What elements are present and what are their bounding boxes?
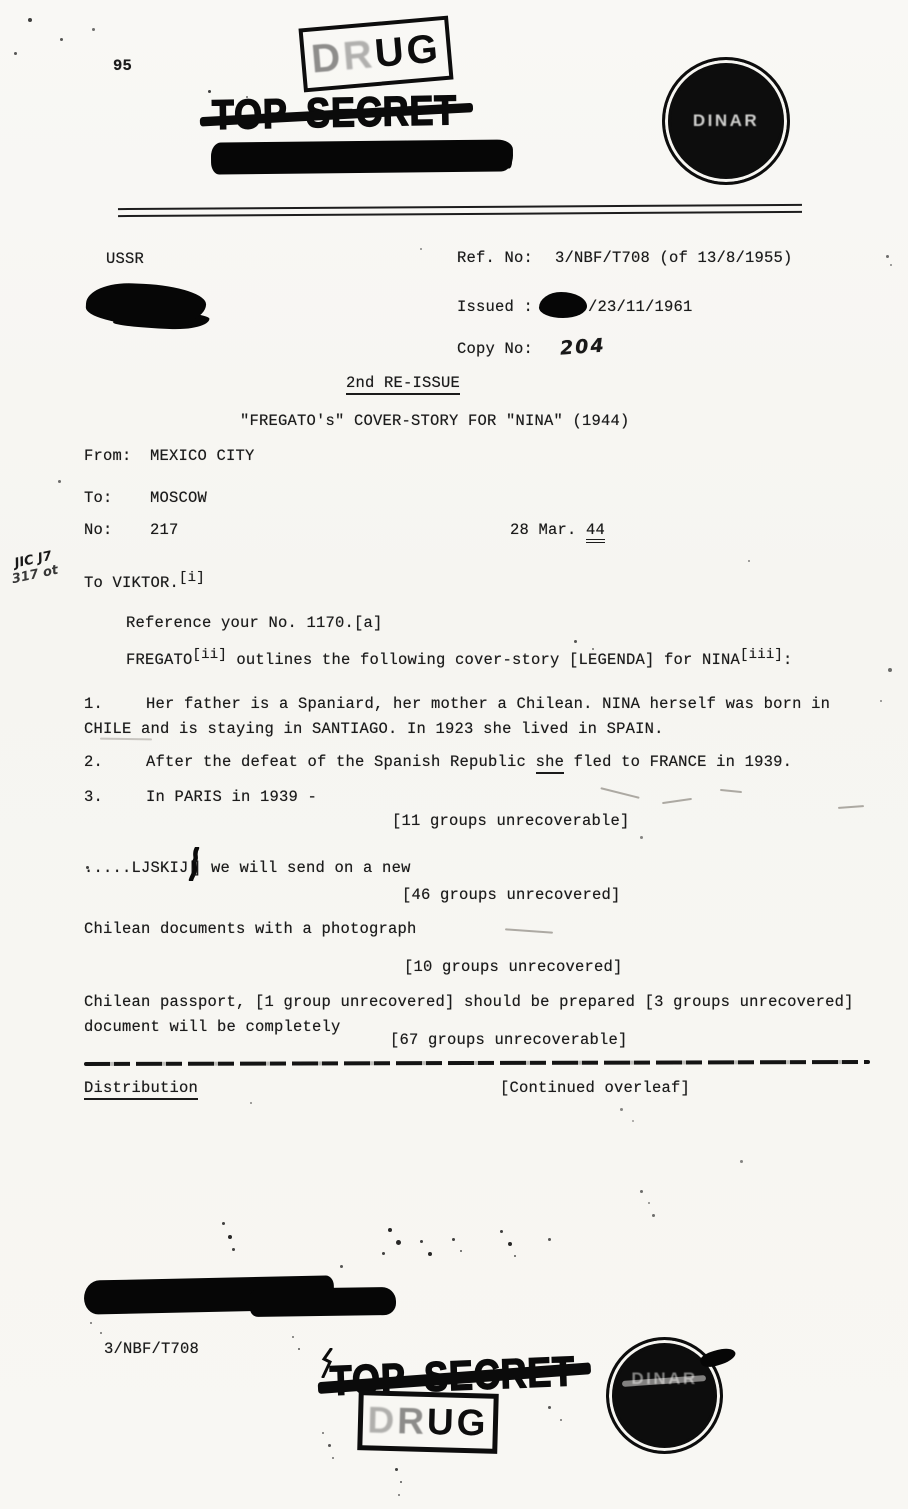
para1-text: Her father is a Spaniard, her mother a C… [84, 695, 830, 738]
paragraph-2: 2.After the defeat of the Spanish Republ… [84, 753, 792, 771]
ref-number-row: Ref. No:3/NBF/T708 (of 13/8/1955) [457, 249, 793, 267]
ink-speck [322, 1432, 324, 1434]
ink-speck [388, 1228, 392, 1232]
drug-letter-r: R [341, 32, 377, 80]
no-value: 217 [150, 521, 179, 539]
ref-label: Ref. No: [457, 249, 555, 267]
intro-line: FREGATO[ii] outlines the following cover… [126, 651, 793, 669]
ink-speck [508, 1242, 512, 1246]
ink-speck [880, 700, 882, 702]
chilean-documents-line: Chilean documents with a photograph [84, 920, 417, 938]
ink-speck [460, 1250, 462, 1252]
from-row: From:MEXICO CITY [84, 447, 255, 465]
header-country: USSR [106, 250, 144, 268]
ink-speck [748, 560, 750, 562]
ink-speck [340, 1265, 343, 1268]
unrecovered-line-3: [10 groups unrecovered] [404, 958, 623, 976]
page-number: 95 [113, 57, 132, 75]
ink-speck [652, 1214, 655, 1217]
garbled-line: .....LJSKIJ[ ] we will send on a new [84, 847, 411, 881]
no-label: No: [84, 521, 150, 539]
copy-label: Copy No: [457, 340, 560, 358]
ink-speck [328, 1444, 331, 1447]
reissue-heading: 2nd RE-ISSUE [346, 374, 460, 392]
reissue-text: 2nd RE-ISSUE [346, 374, 460, 395]
ink-speck [292, 1336, 294, 1338]
footer-ref-number: 3/NBF/T708 [104, 1340, 199, 1358]
intro-footnote-ref1: [ii] [193, 647, 227, 663]
garbled-post: ] we will send on a new [192, 859, 411, 877]
para2-number: 2. [84, 753, 146, 771]
ink-speck [395, 1468, 398, 1471]
drug-letter-d: D [367, 1399, 398, 1442]
dashed-separator [84, 1060, 870, 1066]
double-rule [118, 204, 802, 217]
redaction-bar-top [211, 139, 513, 174]
dinar-text: DINAR [693, 111, 759, 131]
dinar-text: DINAR [631, 1369, 697, 1389]
drug-letters-ug: UG [426, 1401, 489, 1445]
ink-smudge [699, 1345, 738, 1370]
salutation-footnote-ref: [i] [179, 570, 205, 586]
pencil-scribble [720, 789, 742, 793]
ink-speck [382, 1252, 385, 1255]
dinar-stamp-top: DINAR [662, 57, 790, 185]
copy-value-handwritten: 204 [559, 334, 606, 359]
issued-row: Issued :/23/11/1961 [457, 292, 693, 318]
ink-speck [28, 18, 32, 22]
ink-speck [886, 255, 889, 258]
from-value: MEXICO CITY [150, 447, 255, 465]
drug-letters-ug: UG [373, 26, 443, 77]
scanned-document-page: 95 DRUG TOP SECRET DINAR USSR Ref. No:3/… [0, 0, 908, 1509]
ink-speck [632, 1120, 634, 1122]
ink-speck [560, 1419, 562, 1421]
intro-footnote-ref2: [iii] [740, 647, 783, 663]
pencil-scribble [600, 787, 639, 799]
ink-speck [420, 1240, 423, 1243]
ink-speck [400, 1481, 402, 1483]
pencil-scribble [662, 798, 692, 804]
ink-speck [14, 52, 17, 55]
issued-label: Issued : [457, 298, 533, 316]
ink-speck [250, 1102, 252, 1104]
ink-speck [90, 1322, 92, 1324]
ref-value: 3/NBF/T708 (of 13/8/1955) [555, 249, 793, 267]
garbled-pre: .....LJSKIJ[ [84, 859, 198, 877]
ink-speck [548, 1406, 551, 1409]
margin-note-handwritten: JIC J7 317 ot [13, 548, 59, 586]
top-secret-stamp-top: TOP SECRET [212, 87, 458, 139]
date-row: 28 Mar. 44 [510, 521, 605, 539]
ink-speck [890, 264, 892, 266]
unrecoverable-line-4: [67 groups unrecoverable] [390, 1031, 628, 1049]
distribution-heading: Distribution [84, 1079, 198, 1097]
ink-speck [228, 1235, 232, 1239]
paragraph-1: 1.Her father is a Spaniard, her mother a… [84, 692, 884, 742]
continued-overleaf: [Continued overleaf] [500, 1079, 690, 1097]
ink-speck [58, 480, 61, 483]
ink-speck [246, 96, 248, 98]
para1-number: 1. [84, 692, 146, 717]
para2-post: fled to FRANCE in 1939. [564, 753, 792, 771]
ink-speck [548, 1238, 551, 1241]
issued-value: /23/11/1961 [588, 298, 693, 316]
intro-colon: : [783, 651, 793, 669]
redaction-blob-left [85, 281, 207, 328]
intro-name: FREGATO [126, 651, 193, 669]
to-label: To: [84, 489, 150, 507]
date-main: 28 Mar. [510, 521, 586, 539]
ink-speck [640, 1190, 643, 1193]
ink-speck [620, 1108, 623, 1111]
ink-speck [452, 1238, 455, 1241]
ink-speck [92, 28, 95, 31]
drug-letter-r: R [397, 1400, 428, 1443]
drug-letter-d: D [309, 34, 345, 82]
ink-speck [208, 90, 211, 93]
date-year: 44 [586, 521, 605, 543]
document-title: "FREGATO's" COVER-STORY FOR "NINA" (1944… [240, 412, 630, 430]
ink-speck [514, 1255, 516, 1257]
ink-speck [222, 1222, 225, 1225]
ink-speck [740, 1160, 743, 1163]
ink-speck [888, 668, 892, 672]
paragraph-3: 3.In PARIS in 1939 - [84, 788, 317, 806]
unrecovered-line-2: [46 groups unrecovered] [402, 886, 621, 904]
ink-speck [332, 1457, 334, 1459]
ink-speck [396, 1240, 401, 1245]
from-label: From: [84, 447, 150, 465]
ink-speck [298, 1348, 300, 1350]
salutation-text: To VIKTOR. [84, 574, 179, 592]
redaction-blob-issued [539, 292, 587, 318]
ink-speck [100, 1332, 102, 1334]
ink-speck [420, 248, 422, 250]
ink-speck [86, 866, 89, 869]
ink-speck [640, 836, 643, 839]
distribution-text: Distribution [84, 1079, 198, 1100]
reference-line: Reference your No. 1170.[a] [126, 614, 383, 632]
ink-speck [428, 1252, 432, 1256]
salutation-line: To VIKTOR.[i] [84, 574, 205, 592]
para3-number: 3. [84, 788, 146, 806]
intro-mid: outlines the following cover-story [LEGE… [227, 651, 740, 669]
pencil-scribble [505, 928, 553, 933]
to-value: MOSCOW [150, 489, 207, 507]
para2-underlined-word: she [536, 753, 565, 774]
redaction-bar-bottom-tail [250, 1287, 396, 1317]
ink-speck [60, 38, 63, 41]
unrecoverable-line-1: [11 groups unrecoverable] [392, 812, 630, 830]
drug-stamp-bottom: DRUG [357, 1390, 499, 1454]
para2-pre: After the defeat of the Spanish Republic [146, 753, 536, 771]
ink-speck [574, 640, 577, 643]
ink-speck [592, 648, 594, 650]
ink-speck [232, 1248, 235, 1251]
to-row: To:MOSCOW [84, 489, 207, 507]
para3-text: In PARIS in 1939 - [146, 788, 317, 806]
ink-speck [648, 1202, 650, 1204]
pencil-scribble [838, 805, 864, 809]
ink-speck [398, 1494, 400, 1496]
drug-stamp-top: DRUG [298, 16, 453, 93]
copy-number-row: Copy No:204 [457, 336, 606, 358]
ink-speck [500, 1230, 503, 1233]
msg-number-row: No:217 [84, 521, 179, 539]
